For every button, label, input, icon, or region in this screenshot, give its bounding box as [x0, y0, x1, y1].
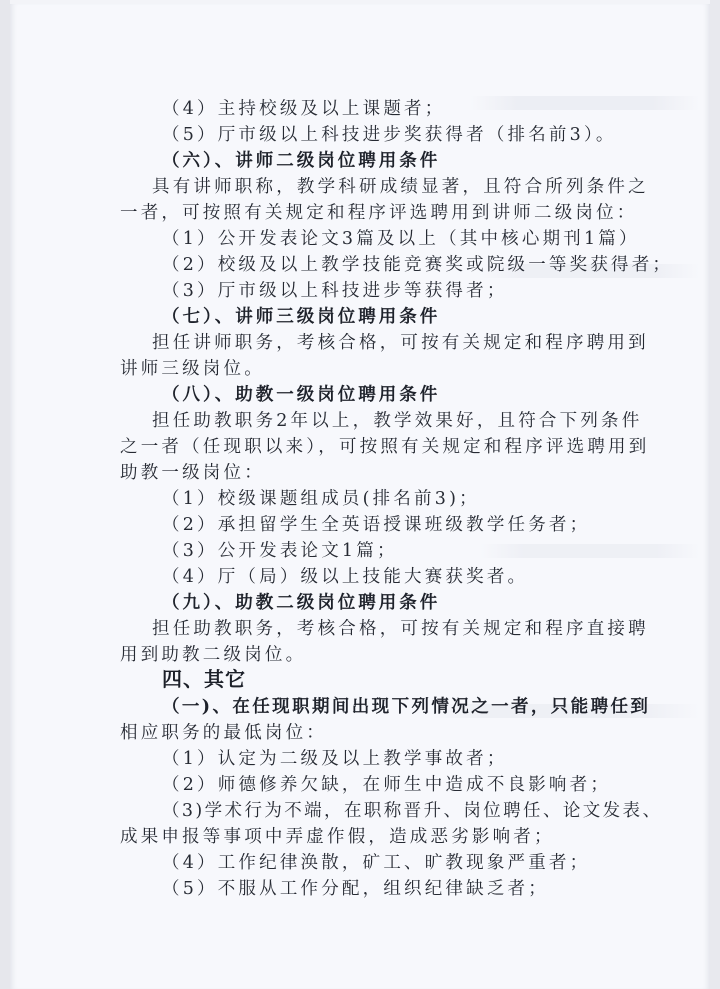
scan-edge-left: [0, 0, 10, 989]
list-item: （1）公开发表论文3篇及以上（其中核心期刊1篇）: [162, 228, 640, 250]
document-page: （4）主持校级及以上课题者； （5）厅市级以上科技进步奖获得者（排名前3）。 （…: [10, 4, 710, 989]
section-heading: 四、其它: [162, 668, 246, 690]
list-item: （4）厅（局）级以上技能大赛获奖者。: [162, 566, 528, 588]
list-item: （3）厅市级以上科技进步等获得者；: [162, 280, 508, 302]
subsection-heading: （八）、助教一级岗位聘用条件: [162, 384, 440, 406]
bleed-through-1: [470, 96, 700, 110]
list-item: （1）认定为二级及以上教学事故者；: [162, 748, 508, 770]
paragraph-line: 担任讲师职务，考核合格，可按有关规定和程序聘用到: [152, 332, 649, 354]
paragraph-line: 一者，可按照有关规定和程序评选聘用到讲师二级岗位：: [120, 202, 638, 224]
subsection-heading: （六）、讲师二级岗位聘用条件: [162, 150, 440, 172]
list-item: （2）承担留学生全英语授课班级教学任务者；: [162, 514, 590, 536]
subsection-heading: （一)、在任现职期间出现下列情况之一者，只能聘任到: [162, 696, 650, 718]
paragraph-line: 讲师三级岗位。: [120, 358, 265, 380]
list-item: （3)学术行为不端，在职称晋升、岗位聘任、论文发表、: [162, 800, 662, 822]
list-item: （2）校级及以上教学技能竞赛奖或院级一等奖获得者；: [162, 254, 673, 276]
paragraph-line: 助教一级岗位：: [120, 462, 265, 484]
paragraph-line: 担任助教职务，考核合格，可按有关规定和程序直接聘: [152, 618, 649, 640]
list-item: （1）校级课题组成员(排名前3)；: [162, 488, 480, 510]
scan-edge-right: [710, 0, 720, 989]
list-item: （5）不服从工作分配，组织纪律缺乏者；: [162, 878, 549, 900]
paragraph-line: 相应职务的最低岗位：: [120, 722, 327, 744]
list-item: （5）厅市级以上科技进步奖获得者（排名前3）。: [162, 124, 617, 146]
list-item: （2）师德修养欠缺，在师生中造成不良影响者；: [162, 774, 611, 796]
bleed-through-3: [480, 544, 700, 558]
paragraph-line: 之一者（任现职以来），可按照有关规定和程序评选聘用到: [120, 436, 649, 458]
list-item: （4）工作纪律涣散，矿工、旷教现象严重者；: [162, 852, 590, 874]
paragraph-line: 成果申报等事项中弄虚作假，造成恶劣影响者；: [120, 826, 555, 848]
subsection-heading: （七）、讲师三级岗位聘用条件: [162, 306, 440, 328]
paragraph-line: 具有讲师职称，教学科研成绩显著，且符合所列条件之: [152, 176, 649, 198]
list-item: （4）主持校级及以上课题者；: [162, 98, 445, 120]
list-item: （3）公开发表论文1篇；: [162, 540, 398, 562]
subsection-heading: （九）、助教二级岗位聘用条件: [162, 592, 440, 614]
paragraph-line: 用到助教二级岗位。: [120, 644, 306, 666]
paragraph-line: 担任助教职务2年以上，教学效果好，且符合下列条件: [152, 410, 642, 432]
